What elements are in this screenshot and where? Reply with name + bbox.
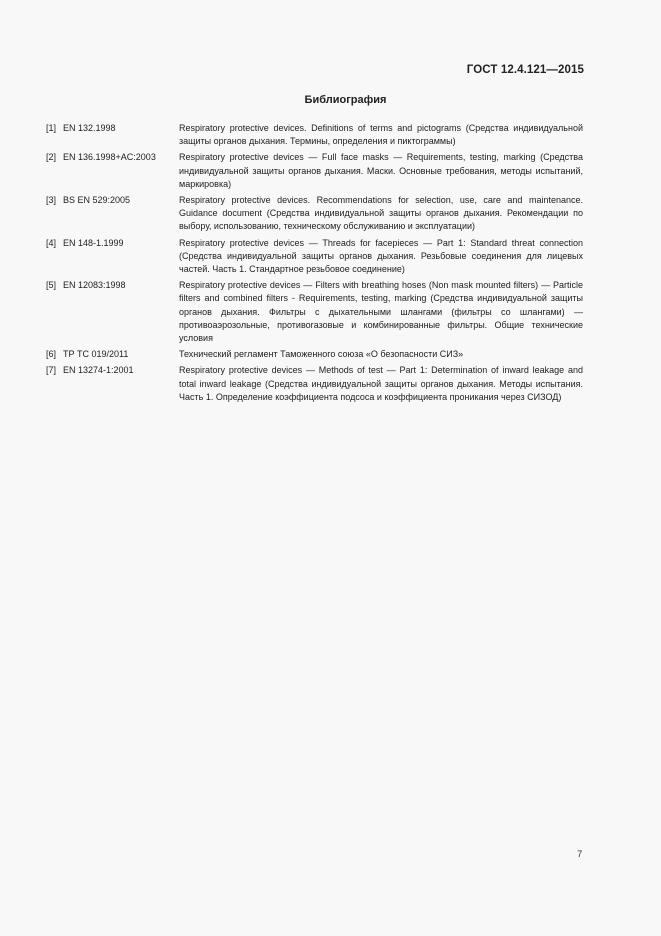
reference-description: Respiratory protective devices. Recommen… <box>179 194 583 234</box>
bibliography-entry: [5]EN 12083:1998 Respiratory protective … <box>46 279 583 345</box>
bibliography-entry: [6]ТР ТС 019/2011 Технический регламент … <box>46 348 583 361</box>
reference-number: [2] <box>46 151 63 164</box>
bibliography-entry: [1]EN 132.1998 Respiratory protective de… <box>46 122 583 148</box>
bibliography-entry: [2]EN 136.1998+AC:2003 Respiratory prote… <box>46 151 583 191</box>
reference-number: [7] <box>46 364 63 377</box>
reference-number: [1] <box>46 122 63 135</box>
reference-id: [5]EN 12083:1998 <box>46 279 179 345</box>
reference-id: [1]EN 132.1998 <box>46 122 179 148</box>
reference-number: [6] <box>46 348 63 361</box>
reference-description: Respiratory protective devices — Methods… <box>179 364 583 404</box>
standard-code-header: ГОСТ 12.4.121—2015 <box>467 64 584 76</box>
bibliography-entry: [7]EN 13274-1:2001 Respiratory protectiv… <box>46 364 583 404</box>
bibliography-entry: [4]EN 148-1.1999 Respiratory protective … <box>46 237 583 277</box>
reference-id: [7]EN 13274-1:2001 <box>46 364 179 404</box>
reference-description: Respiratory protective devices. Definiti… <box>179 122 583 148</box>
reference-description: Технический регламент Таможенного союза … <box>179 348 583 361</box>
page-number: 7 <box>577 849 582 860</box>
reference-code: EN 13274-1:2001 <box>63 365 134 375</box>
bibliography-list: [1]EN 132.1998 Respiratory protective de… <box>46 122 583 407</box>
section-title: Библиография <box>0 94 661 106</box>
reference-description: Respiratory protective devices — Threads… <box>179 237 583 277</box>
reference-id: [6]ТР ТС 019/2011 <box>46 348 179 361</box>
bibliography-entry: [3]BS EN 529:2005 Respiratory protective… <box>46 194 583 234</box>
reference-id: [2]EN 136.1998+AC:2003 <box>46 151 179 191</box>
reference-code: EN 148-1.1999 <box>63 238 124 248</box>
reference-code: EN 12083:1998 <box>63 280 126 290</box>
reference-number: [3] <box>46 194 63 207</box>
reference-description: Respiratory protective devices — Full fa… <box>179 151 583 191</box>
reference-code: BS EN 529:2005 <box>63 195 130 205</box>
reference-description: Respiratory protective devices — Filters… <box>179 279 583 345</box>
reference-id: [3]BS EN 529:2005 <box>46 194 179 234</box>
reference-code: EN 132.1998 <box>63 123 116 133</box>
reference-number: [4] <box>46 237 63 250</box>
reference-code: ТР ТС 019/2011 <box>63 349 128 359</box>
reference-number: [5] <box>46 279 63 292</box>
reference-code: EN 136.1998+AC:2003 <box>63 152 156 162</box>
reference-id: [4]EN 148-1.1999 <box>46 237 179 277</box>
